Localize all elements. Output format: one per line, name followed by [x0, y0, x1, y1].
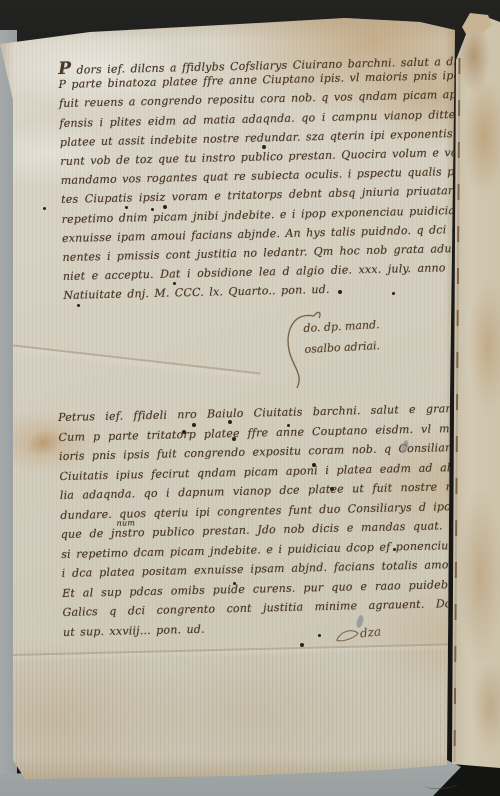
text-block-upper: P dors ief. dilcns a ffidlybs Cofsliarys… — [58, 50, 460, 308]
ink-speck — [318, 634, 321, 637]
ink-speck — [393, 548, 396, 551]
ink-speck — [330, 487, 334, 491]
ink-speck — [287, 424, 290, 427]
flourish-swash-icon — [333, 626, 361, 645]
ink-speck — [228, 420, 232, 424]
interlinear-correction: num — [116, 518, 135, 527]
ink-speck — [151, 208, 154, 211]
ink-speck — [338, 290, 342, 294]
ink-speck — [300, 643, 304, 647]
binding-crease — [454, 58, 461, 762]
ink-speck — [173, 282, 176, 285]
manuscript-page: P dors ief. dilcns a ffidlybs Cofsliarys… — [0, 14, 456, 782]
ink-speck — [125, 206, 128, 209]
ink-speck — [77, 304, 80, 307]
ink-speck — [182, 430, 186, 434]
ink-speck — [233, 582, 236, 585]
ink-speck — [392, 292, 395, 295]
ink-speck — [232, 437, 236, 441]
ink-speck — [192, 423, 196, 427]
ink-speck — [312, 463, 316, 467]
manuscript-photo: P dors ief. dilcns a ffidlybs Cofsliarys… — [0, 0, 500, 796]
ink-speck — [43, 207, 46, 210]
ink-speck — [262, 145, 266, 149]
chancery-note-line: osalbo adriai. — [304, 335, 381, 360]
chancery-note: do. dp. mand. osalbo adriai. — [303, 314, 381, 360]
ink-speck — [163, 205, 167, 209]
text-block-lower: num Petrus ief. ffideli nro Baiulo Ciuit… — [58, 402, 461, 645]
